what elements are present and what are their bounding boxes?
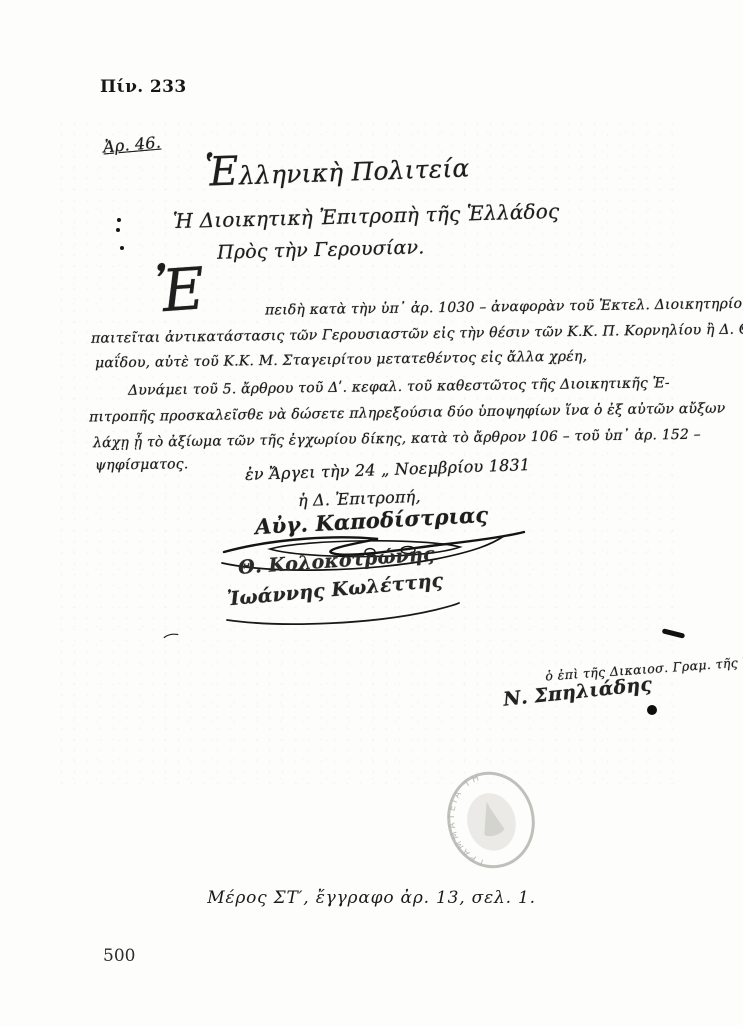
protocol-number: Ἀρ. 46.: [102, 133, 161, 157]
letterhead-initial: Ἑ: [204, 148, 239, 195]
page-number: 500: [103, 946, 135, 966]
ink-speck: [116, 228, 120, 232]
body-line: πειδὴ κατὰ τὴν ὑπ᾽ ἀρ. 1030 – ἀναφορὰν τ…: [265, 295, 743, 318]
letterhead-state: Ἑλληνικὴ Πολιτεία: [205, 153, 470, 191]
body-line: λάχῃ ᾖ τὸ ἀξίωμα τῶν τῆς ἐγχωρίου δίκης,…: [93, 427, 701, 451]
ink-dash: [662, 628, 685, 638]
body-line: μαΐδου, αὐτὲ τοῦ Κ.Κ. Μ. Σταγειρίτου μετ…: [95, 349, 587, 372]
letterhead-addressee: Πρὸς τὴν Γερουσίαν.: [217, 236, 425, 263]
ink-speck: [120, 246, 124, 250]
document-facsimile: Ἀρ. 46. Ἑλληνικὴ Πολιτεία Ἡ Διοικητικὴ Ἐ…: [55, 118, 685, 788]
book-page: Πίν. 233 Ἀρ. 46. Ἑλληνικὴ Πολιτεία Ἡ Διο…: [0, 0, 743, 1027]
body-line: παιτεῖται ἀντικατάστασις τῶν Γερουσιαστῶ…: [91, 321, 743, 346]
body-line: ψηφίσματος.: [95, 456, 189, 473]
ink-speck: [117, 218, 121, 222]
signature-underline: [223, 600, 463, 628]
body-line: Δυνάμει τοῦ 5. ἄρθρου τοῦ Δʹ. κεφαλ. τοῦ…: [128, 375, 670, 399]
plate-label: Πίν. 233: [100, 77, 187, 97]
body-line: πιτροπῆς προσκαλεῖσθε νὰ δώσετε πληρεξού…: [89, 401, 726, 426]
justice-secretariat-seal: ΓΡΑΜΜΑΤΕΙΑ ΤΗΣ ΔΙΚΑΙΟΣΥΝΗΣ: [434, 759, 548, 880]
letterhead-committee: Ἡ Διοικητικὴ Ἐπιτροπὴ τῆς Ἑλλάδος: [173, 199, 560, 233]
ink-dot-large: [647, 705, 657, 715]
letterhead-state-rest: λληνικὴ Πολιτεία: [238, 153, 469, 190]
dateline: ἐν Ἄργει τὴν 24 „ Νοεμβρίου 1831: [245, 455, 531, 484]
ink-tick: [161, 633, 181, 639]
drop-cap-initial: Ἐ: [153, 254, 207, 325]
figure-caption: Μέρος ΣΤ′, ἔγγραφο ἀρ. 13, σελ. 1.: [0, 888, 743, 908]
